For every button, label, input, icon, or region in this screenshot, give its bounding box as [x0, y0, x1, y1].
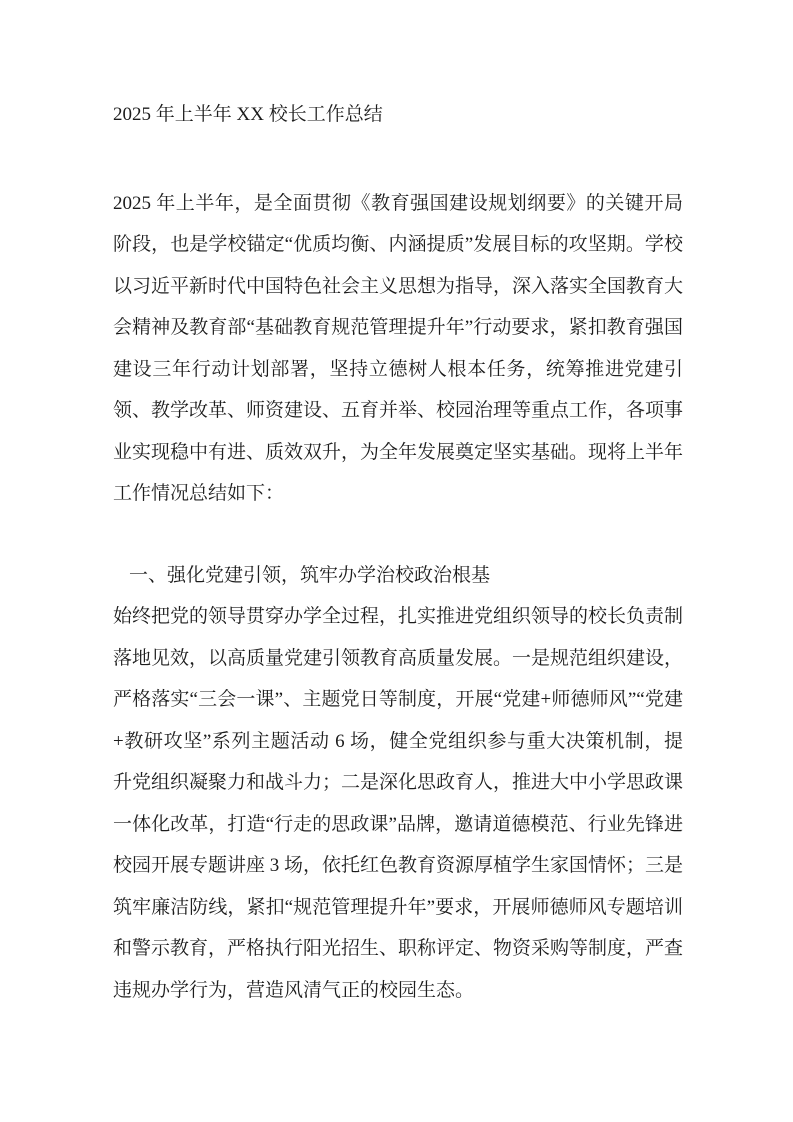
intro-paragraph: 2025 年上半年，是全面贯彻《教育强国建设规划纲要》的关键开局阶段，也是学校锚… [113, 183, 683, 515]
document-title: 2025 年上半年 XX 校长工作总结 [113, 94, 683, 136]
section-1-paragraph: 始终把党的领导贯穿办学全过程，扎实推进党组织领导的校长负责制落地见效，以高质量党… [113, 596, 683, 1011]
document-page: 2025 年上半年 XX 校长工作总结 2025 年上半年，是全面贯彻《教育强国… [0, 0, 793, 1122]
section-1-heading: 一、强化党建引领，筑牢办学治校政治根基 [113, 555, 683, 597]
